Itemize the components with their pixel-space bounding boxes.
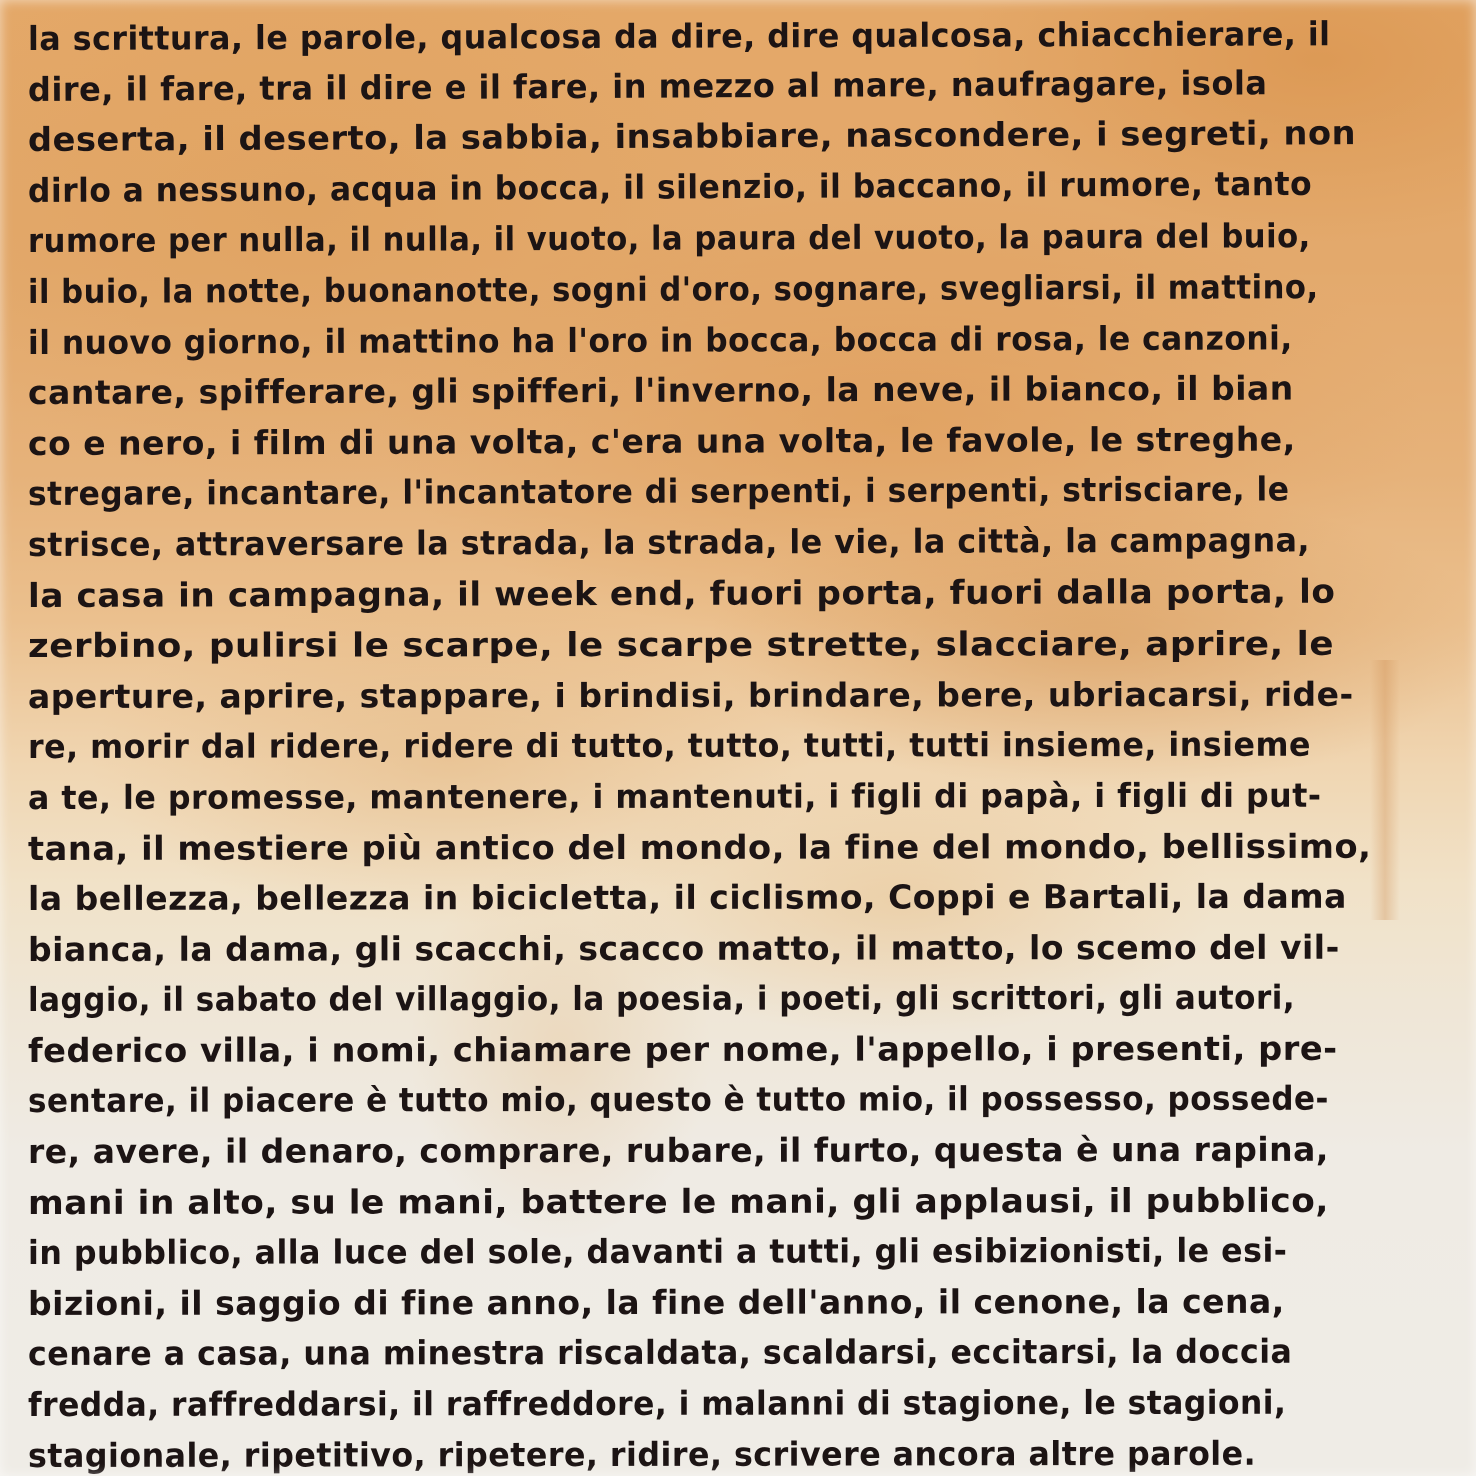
text-line-25: in pubblico, alla luce del sole, davanti…	[28, 1226, 1401, 1279]
text-line-29: stagionale, ripetitivo, ripetere, ridire…	[28, 1428, 1401, 1476]
text-line-1: la scrittura, le parole, qualcosa da dir…	[28, 9, 1401, 65]
text-line-17: tana, il mestiere più antico del mondo, …	[28, 821, 1476, 874]
text-line-12: la casa in campagna, il week end, fuori …	[28, 566, 1476, 622]
text-line-9: co e nero, i film di una volta, c'era un…	[28, 414, 1458, 470]
text-line-27: cenare a casa, una minestra riscaldata, …	[28, 1327, 1401, 1380]
text-line-18: la bellezza, bellezza in bicicletta, il …	[28, 872, 1458, 925]
text-line-7: il nuovo giorno, il mattino ha l'oro in …	[28, 313, 1387, 369]
text-line-4: dirlo a nessuno, acqua in bocca, il sile…	[28, 158, 1387, 216]
text-line-11: strisce, attraversare la strada, la stra…	[28, 515, 1401, 571]
text-line-28: fredda, raffreddarsi, il raffreddore, i …	[28, 1378, 1387, 1431]
text-line-5: rumore per nulla, il nulla, il vuoto, la…	[28, 211, 1358, 267]
text-line-14: aperture, aprire, stappare, i brindisi, …	[28, 669, 1458, 722]
artwork-canvas: la scrittura, le parole, qualcosa da dir…	[0, 0, 1476, 1476]
text-line-19: bianca, la dama, gli scacchi, scacco mat…	[28, 922, 1458, 975]
text-line-10: stregare, incantare, l'incantatore di se…	[28, 464, 1387, 520]
text-line-26: bizioni, il saggio di fine anno, la fine…	[28, 1276, 1458, 1329]
text-line-15: re, morir dal ridere, ridere di tutto, t…	[28, 720, 1401, 773]
text-line-22: sentare, il piacere è tutto mio, questo …	[28, 1074, 1372, 1127]
text-line-6: il buio, la notte, buonanotte, sogni d'o…	[28, 262, 1358, 318]
handwritten-text-block: la scrittura, le parole, qualcosa da dir…	[28, 14, 1458, 1476]
text-line-20: laggio, il sabato del villaggio, la poes…	[28, 973, 1372, 1026]
text-line-24: mani in alto, su le mani, battere le man…	[28, 1175, 1476, 1228]
text-line-13: zerbino, pulirsi le scarpe, le scarpe st…	[28, 619, 1476, 672]
text-line-16: a te, le promesse, mantenere, i mantenut…	[28, 770, 1401, 823]
text-line-2: dire, il fare, tra il dire e il fare, in…	[28, 57, 1415, 115]
text-line-8: cantare, spifferare, gli spifferi, l'inv…	[28, 363, 1458, 419]
text-line-23: re, avere, il denaro, comprare, rubare, …	[28, 1125, 1458, 1178]
text-line-3: deserta, il deserto, la sabbia, insabbia…	[28, 108, 1476, 166]
text-line-21: federico villa, i nomi, chiamare per nom…	[28, 1023, 1476, 1076]
